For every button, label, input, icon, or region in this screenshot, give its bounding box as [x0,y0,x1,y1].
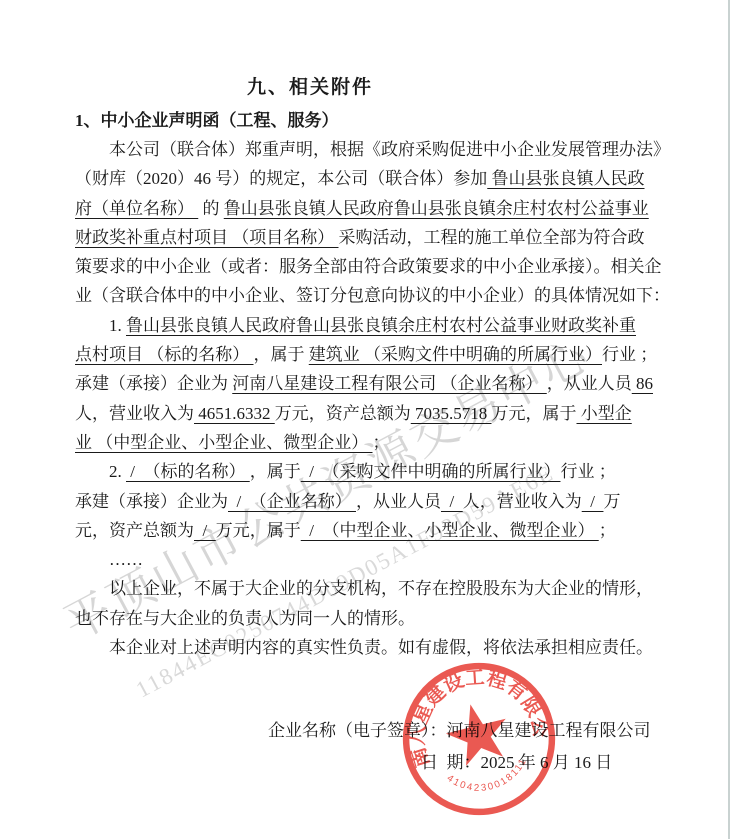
body-line: 也不存在与大企业的负责人为同一人的情形。 [75,604,675,633]
body-text: 以上企业，不属于大企业的分支机构，不存在控股股东为大企业的情形， [109,579,653,598]
body-line: 2. / （标的名称） ，属于 / （采购文件中明确的所属行业）行业 ； [75,457,675,486]
filled-field: 业 （中型企业、小型企业、微型企业） [75,433,373,452]
body-line: 1. 鲁山县张良镇人民政府鲁山县张良镇余庄村农村公益事业财政奖补重 [75,311,675,340]
body-line: 元，资产总额为 / 万元，属于 / （中型企业、小型企业、微型企业） ； [75,516,675,545]
body-text: 本企业对上述声明内容的真实性负责。如有虚假，将依法承担相应责任。 [109,638,653,657]
page-title: 九、相关附件 [0,72,620,99]
body-text: 万元，资产总额为 [275,404,411,423]
declaration-body: 本公司（联合体）郑重声明，根据《政府采购促进中小企业发展管理办法》（财库（202… [75,135,675,662]
filled-field: 鲁山县张良镇人民政府鲁山县张良镇余庄村农村公益事业 [224,199,649,218]
body-line: 点村项目 （标的名称） ，属于 建筑业 （采购文件中明确的所属行业）行业 ； [75,340,675,369]
body-text: （财库（2020）46 号）的规定，本公司（联合体）参加 [75,169,487,188]
filled-field: / （企业名称） [228,492,356,511]
body-text: 也不存在与大企业的负责人为同一人的情形。 [75,609,415,628]
filled-field: 府（单位名称） [75,199,198,218]
filled-field: 建筑业 （采购文件中明确的所属行业） [309,345,602,364]
body-line: 承建（承接）企业为 / （企业名称） ，从业人员 / 人，营业收入为 / 万 [75,487,675,516]
body-text: 策要求的中小企业（或者：服务全部由符合政策要求的中小企业承接）。相关企 [75,257,662,276]
body-text: 行业 ； [560,462,615,481]
body-line: 以上企业，不属于大企业的分支机构，不存在控股股东为大企业的情形， [75,574,675,603]
filled-field: 4651.6332 [194,404,275,423]
body-text: 人，营业收入为 [75,404,194,423]
filled-field: / （采购文件中明确的所属行业） [301,462,561,481]
filled-field: 点村项目 （标的名称） [75,345,254,364]
body-text: ； [373,433,390,452]
body-text: 承建（承接）企业为 [75,492,228,511]
body-text: ，从业人员 [547,374,632,393]
body-line: …… [75,545,675,574]
body-line: 策要求的中小企业（或者：服务全部由符合政策要求的中小企业承接）。相关企 [75,252,675,281]
body-text: ，属于 [254,345,309,364]
body-line: （财库（2020）46 号）的规定，本公司（联合体）参加 鲁山县张良镇人民政 [75,164,675,193]
filled-field: 鲁山县张良镇人民政府鲁山县张良镇余庄村农村公益事业财政奖补重 [126,316,636,335]
body-line: 业（含联合体中的中小企业、签订分包意向协议的中小企业）的具体情况如下： [75,281,675,310]
body-text: 2. [109,462,126,481]
filled-field: 7035.5718 [411,404,492,423]
company-stamp: 河南八星建设工程有限公司 4104230018111 [398,656,560,822]
filled-field: / [194,521,216,540]
body-line: 人，营业收入为 4651.6332 万元，资产总额为 7035.5718 万元，… [75,399,675,428]
body-text: 行业 ； [602,345,657,364]
body-text: 的 [198,199,224,218]
body-line: 府（单位名称） 的 鲁山县张良镇人民政府鲁山县张良镇余庄村农村公益事业 [75,194,675,223]
body-text: …… [109,550,143,569]
declaration-document-page: 平顶山市公共资源交易中心 11844EC0250744D09D05A1F93D5… [0,0,732,839]
filled-field: 86 [632,374,653,393]
body-text: 万 [603,492,620,511]
filled-field: / （中型企业、小型企业、微型企业） [301,521,599,540]
body-line: 本企业对上述声明内容的真实性负责。如有虚假，将依法承担相应责任。 [75,633,675,662]
body-line: 业 （中型企业、小型企业、微型企业） ； [75,428,675,457]
body-text: 人，营业收入为 [463,492,582,511]
filled-field: 河南八星建设工程有限公司 （企业名称） [232,374,547,393]
filled-field: / （标的名称） [126,462,250,481]
body-line: 财政奖补重点村项目 （项目名称） 采购活动，工程的施工单位全部为符合政 [75,223,675,252]
filled-field: 小型企 [577,404,632,423]
filled-field: 鲁山县张良镇人民政 [487,169,644,188]
body-text: ； [599,521,616,540]
body-text: ，从业人员 [356,492,441,511]
body-text: ，属于 [250,462,301,481]
body-text: 本公司（联合体）郑重声明，根据《政府采购促进中小企业发展管理办法》 [109,140,670,159]
section-heading: 1、中小企业声明函（工程、服务） [75,106,339,131]
page-border-right [728,0,730,839]
body-text: 承建（承接）企业为 [75,374,232,393]
body-text: 业（含联合体中的中小企业、签订分包意向协议的中小企业）的具体情况如下： [75,286,670,305]
body-line: 承建（承接）企业为 河南八星建设工程有限公司 （企业名称） ，从业人员 86 [75,369,675,398]
filled-field: 财政奖补重点村项目 （项目名称） [75,228,339,247]
body-text: 1. [109,316,126,335]
body-text: 万元，属于 [492,404,577,423]
filled-field: / [582,492,604,511]
filled-field: / [441,492,463,511]
body-text: 元，资产总额为 [75,521,194,540]
stamp-star [440,697,514,769]
body-text: 万元，属于 [216,521,301,540]
body-text: 采购活动，工程的施工单位全部为符合政 [339,228,645,247]
body-line: 本公司（联合体）郑重声明，根据《政府采购促进中小企业发展管理办法》 [75,135,675,164]
